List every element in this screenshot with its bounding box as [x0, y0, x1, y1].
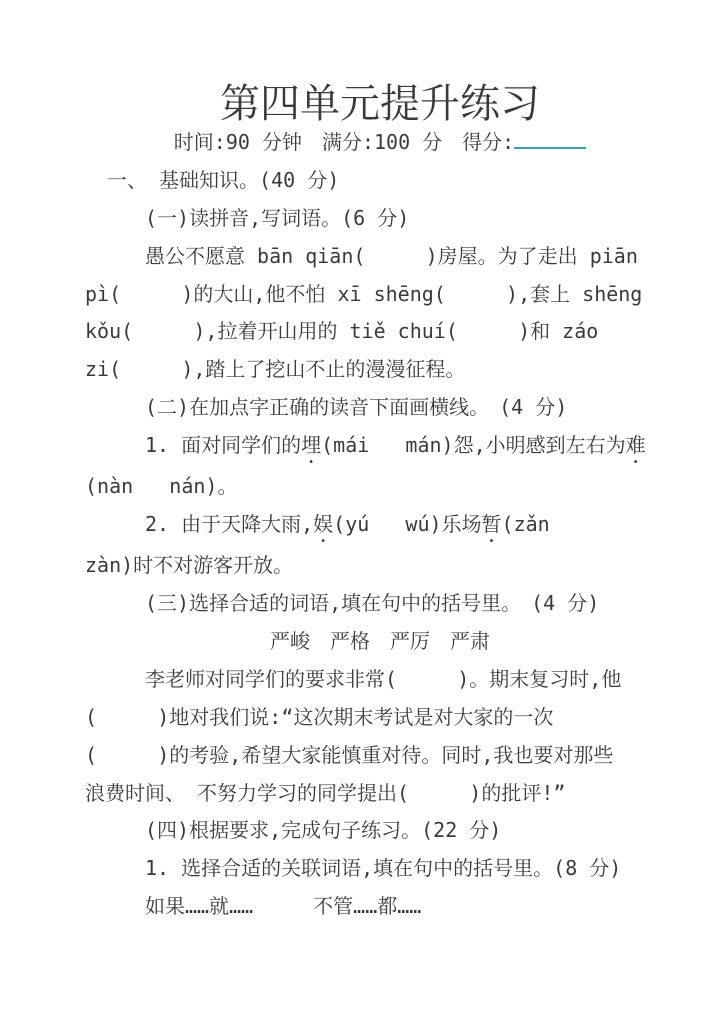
text-segment: 1. 面对同学们的 — [145, 433, 301, 457]
subsection-1-heading: (一)读拼音,写词语。(6 分) — [85, 200, 675, 238]
dotted-char: 暂 — [482, 512, 502, 536]
pinyin-passage-line-4: zi( ),踏上了挖山不止的漫漫征程。 — [85, 351, 675, 389]
text-segment: (mái mán)怨,小明感到左右为 — [321, 433, 626, 457]
subsection-3-heading: (三)选择合适的词语,填在句中的括号里。 (4 分) — [85, 585, 675, 623]
exam-meta-text: 时间:90 分钟 满分:100 分 得分: — [174, 130, 514, 154]
q2-sentence-line-1: 2. 由于天降大雨,娱(yú wú)乐场暂(zǎn — [85, 506, 675, 547]
q2-sentence-line-2: zàn)时不对游客开放。 — [85, 547, 675, 585]
item-1-instruction: 1. 选择合适的关联词语,填在句中的括号里。(8 分) — [85, 850, 675, 888]
pinyin-passage-line-3: kǒu( ),拉着开山用的 tiě chuí( )和 záo — [85, 313, 675, 351]
text-segment: (zǎn — [502, 512, 550, 536]
text-segment: 2. 由于天降大雨, — [145, 512, 313, 536]
word-bank: 严峻 严格 严厉 严肃 — [85, 623, 675, 661]
dotted-char: 埋 — [301, 433, 321, 457]
page-title: 第四单元提升练习 — [85, 86, 675, 124]
section-1-heading: 一、 基础知识。(40 分) — [85, 162, 675, 200]
fill-blank-para-line-1: 李老师对同学们的要求非常( )。期末复习时,他 — [85, 661, 675, 699]
fill-blank-para-line-2: ( )地对我们说:“这次期末考试是对大家的一次 — [85, 699, 675, 737]
score-blank-line — [514, 147, 586, 149]
text-segment: (yú wú)乐场 — [333, 512, 481, 536]
conjunction-options: 如果……就…… 不管……都…… — [85, 888, 675, 926]
subsection-4-heading: (四)根据要求,完成句子练习。(22 分) — [85, 812, 675, 850]
dotted-char: 难 — [626, 433, 646, 457]
q1-sentence-line-2: (nàn nán)。 — [85, 468, 675, 506]
pinyin-passage-line-1: 愚公不愿意 bān qiān( )房屋。为了走出 piān — [85, 238, 675, 276]
pinyin-passage-line-2: pì( )的大山,他不怕 xī shēng( ),套上 shēng — [85, 276, 675, 314]
worksheet-page: 第四单元提升练习 时间:90 分钟 满分:100 分 得分: 一、 基础知识。(… — [0, 0, 724, 1024]
subsection-2-heading: (二)在加点字正确的读音下面画横线。 (4 分) — [85, 389, 675, 427]
exam-meta: 时间:90 分钟 满分:100 分 得分: — [85, 124, 675, 162]
q1-sentence-line-1: 1. 面对同学们的埋(mái mán)怨,小明感到左右为难 — [85, 427, 675, 468]
fill-blank-para-line-3: ( )的考验,希望大家能慎重对待。同时,我也要对那些 — [85, 737, 675, 775]
fill-blank-para-line-4: 浪费时间、 不努力学习的同学提出( )的批评!” — [85, 775, 675, 813]
dotted-char: 娱 — [313, 512, 333, 536]
